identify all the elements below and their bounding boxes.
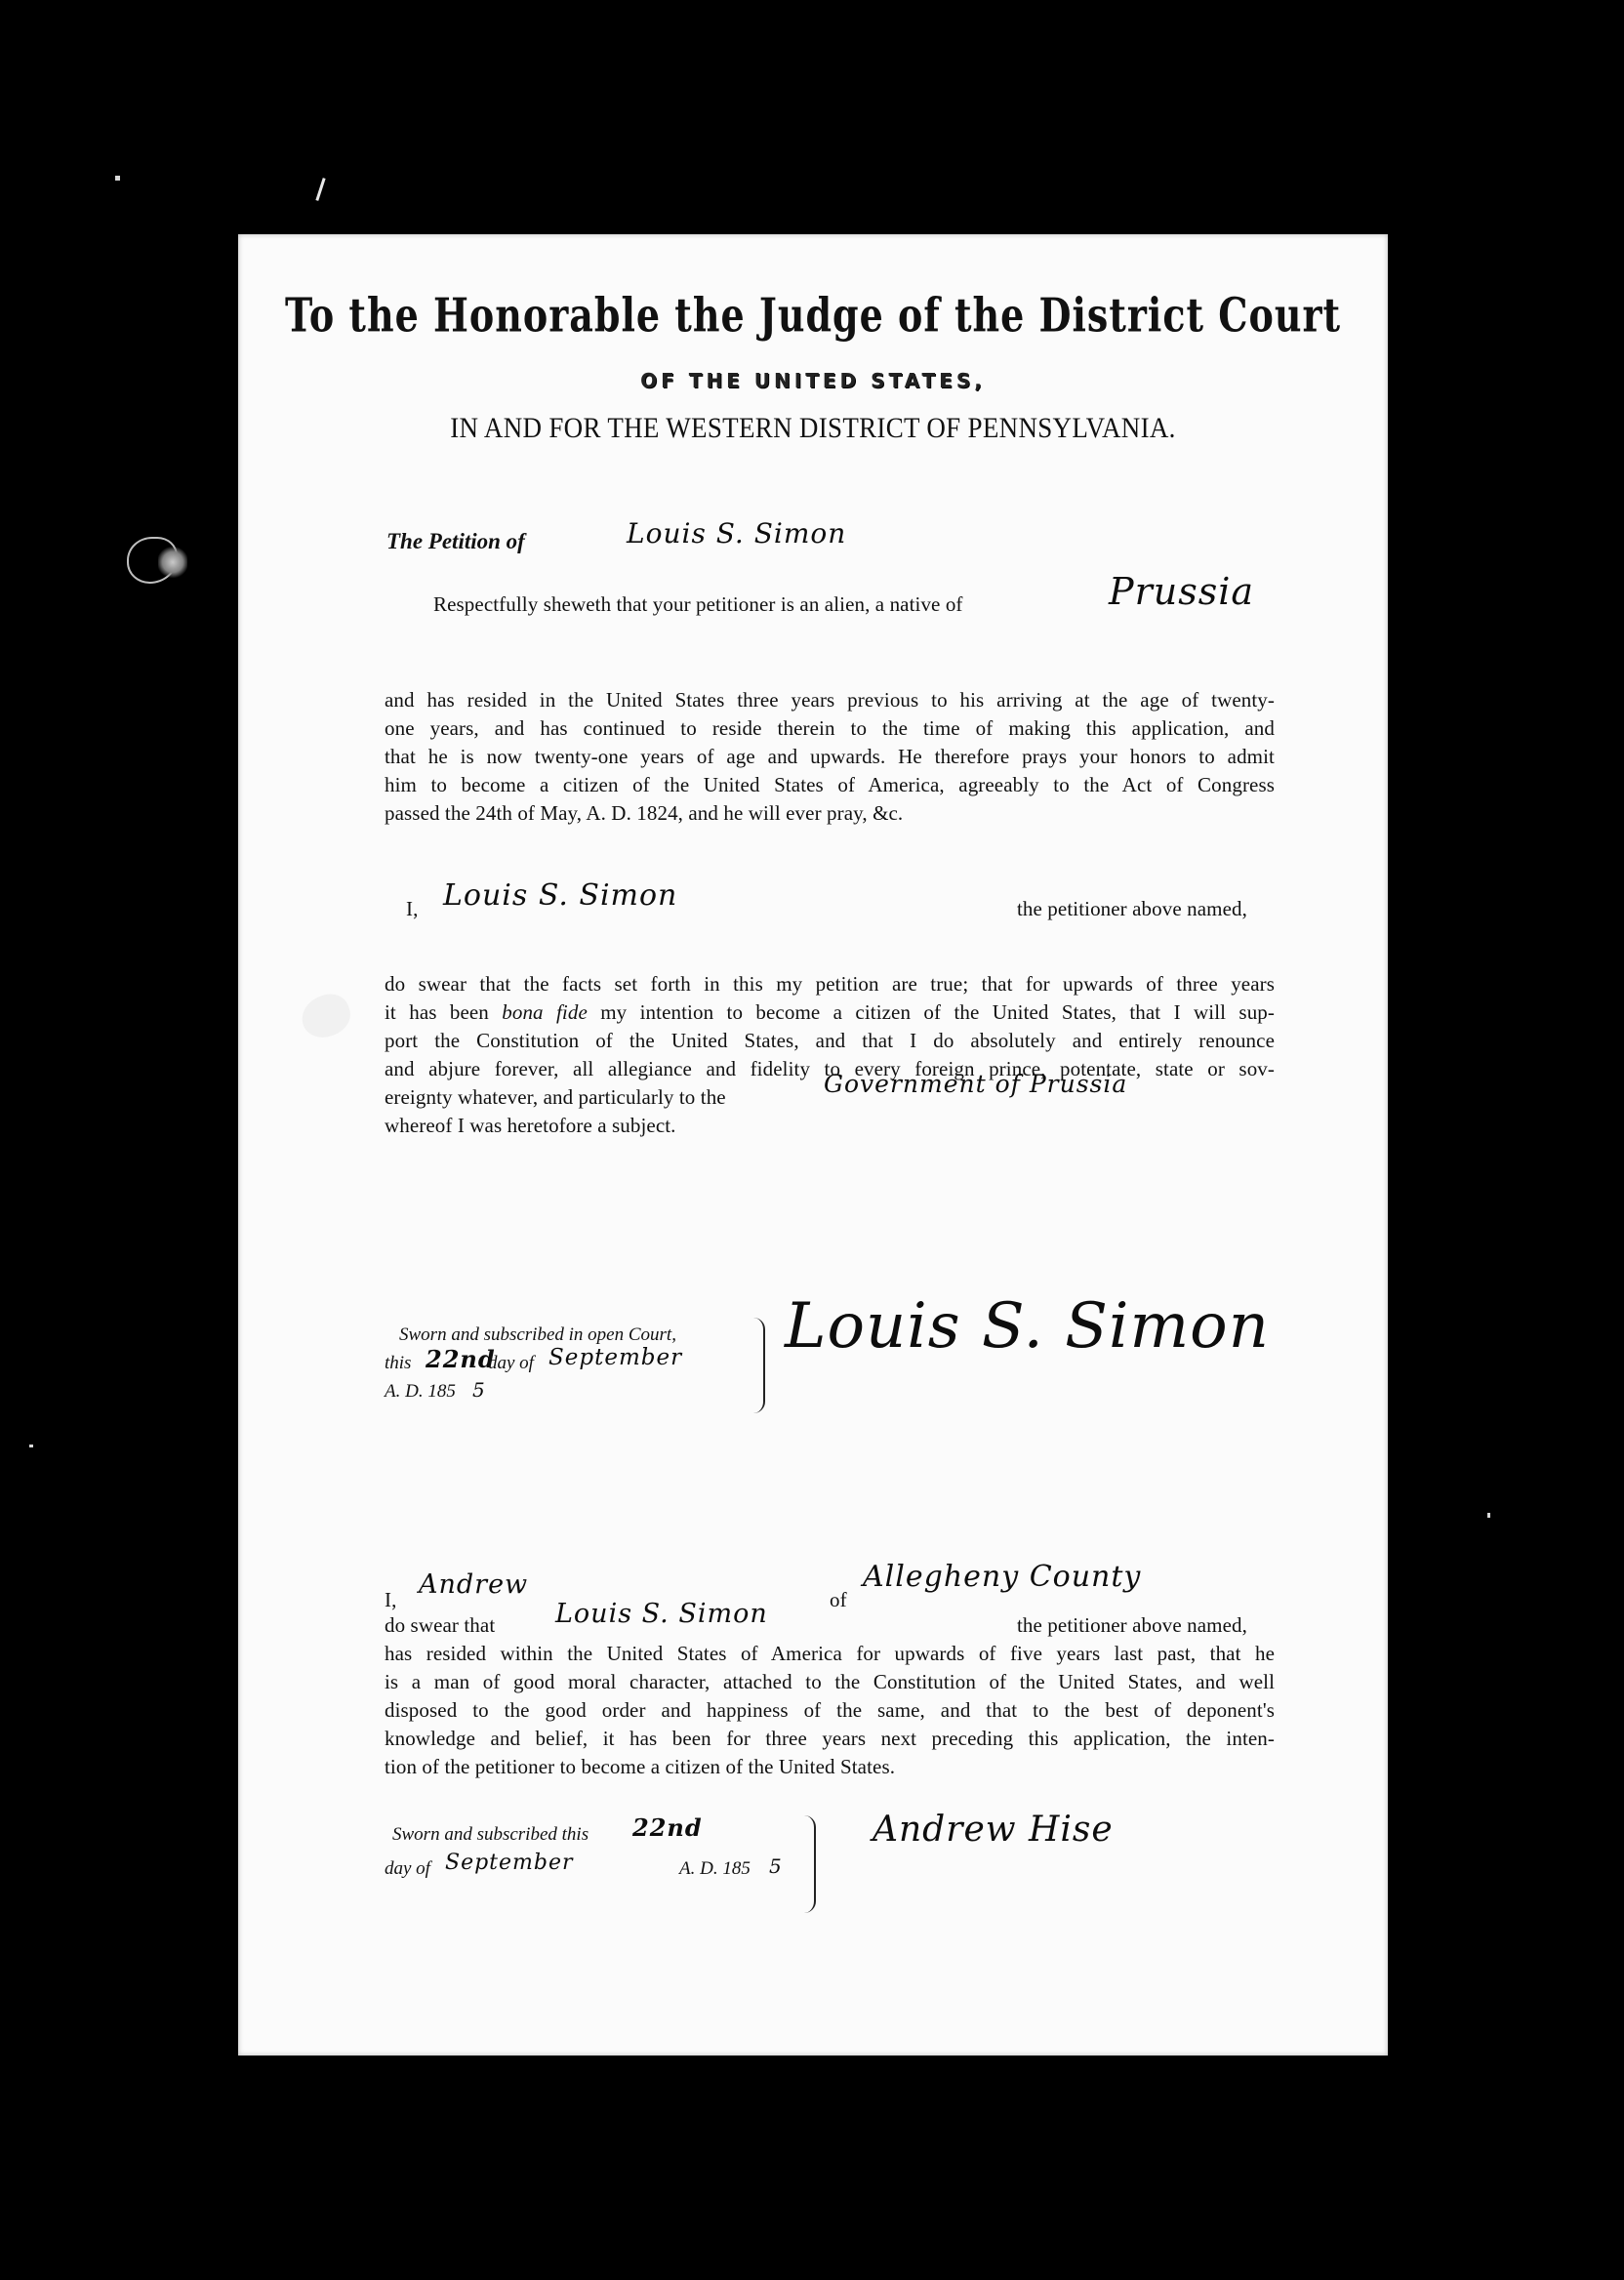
petitioner-signature: Louis S. Simon (785, 1290, 1270, 1363)
petitioner-jurat-this: this (385, 1353, 411, 1374)
document-subtitle: OF THE UNITED STATES, (238, 369, 1388, 392)
witness-county-handwritten: Allegheny County (863, 1560, 1141, 1594)
oath-suffix: the petitioner above named, (1017, 897, 1247, 921)
witness-paragraph-line: is a man of good moral character, attach… (385, 1670, 1275, 1694)
witness-paragraph-line: knowledge and belief, it has been for th… (385, 1727, 1275, 1751)
petition-paragraph-line: him to become a citizen of the United St… (385, 773, 1275, 797)
witness-signature: Andrew Hise (873, 1810, 1114, 1850)
petition-paragraph-line: passed the 24th of May, A. D. 1824, and … (385, 801, 903, 826)
witness-paragraph-line: tion of the petitioner to become a citiz… (385, 1755, 895, 1779)
witness-paragraph-line: disposed to the good order and happiness… (385, 1698, 1275, 1723)
scan-artifact-mark (315, 178, 325, 201)
witness-paragraph-line: has resided within the United States of … (385, 1642, 1275, 1666)
petition-label: The Petition of (386, 529, 525, 554)
oath-particularly-text: ereignty whatever, and particularly to t… (385, 1085, 726, 1110)
oath-paragraph-line: it has been bona fide my intention to be… (385, 1000, 1275, 1025)
witness-prefix: I, (385, 1588, 396, 1612)
native-country-handwritten: Prussia (1109, 570, 1254, 613)
petitioner-jurat-day-handwritten: 22nd (426, 1345, 496, 1373)
petitioner-name-handwritten: Louis S. Simon (627, 517, 846, 550)
witness-swear-label: do swear that (385, 1613, 495, 1638)
oath-text-part: my intention to become a citizen of the … (588, 1000, 1275, 1024)
scan-speck (29, 1445, 33, 1447)
oath-bona-fide: bona fide (502, 1000, 588, 1024)
oath-paragraph-line: port the Constitution of the United Stat… (385, 1029, 1275, 1053)
renounced-government-handwritten: Government of Prussia (824, 1070, 1127, 1098)
oath-text-part: it has been (385, 1000, 502, 1024)
petitioner-jurat-year-handwritten: 5 (472, 1378, 486, 1402)
petition-document: To the Honorable the Judge of the Distri… (238, 234, 1388, 2056)
document-district: IN AND FOR THE WESTERN DISTRICT OF PENNS… (238, 411, 1388, 444)
oath-paragraph-line: do swear that the facts set forth in thi… (385, 972, 1275, 997)
witness-of-label: of (830, 1588, 847, 1612)
oath-petitioner-name-handwritten: Louis S. Simon (443, 878, 677, 913)
paper-watermark (296, 989, 355, 1044)
petitioner-jurat-brace (753, 1318, 765, 1413)
witness-jurat-line1: Sworn and subscribed this (392, 1824, 589, 1846)
witness-jurat-month-handwritten: September (445, 1851, 574, 1875)
petition-paragraph-line: and has resided in the United States thr… (385, 688, 1275, 712)
sheweth-text: Respectfully sheweth that your petitione… (433, 592, 963, 617)
scan-speck (1487, 1513, 1490, 1518)
petitioner-jurat-line1: Sworn and subscribed in open Court, (399, 1324, 676, 1346)
scan-speck (115, 176, 120, 181)
witness-jurat-year-handwritten: 5 (769, 1854, 783, 1878)
petitioner-jurat-day-label: day of (488, 1353, 534, 1374)
witness-petitioner-name-handwritten: Louis S. Simon (555, 1599, 768, 1629)
witness-jurat-brace (804, 1815, 816, 1913)
witness-suffix: the petitioner above named, (1017, 1613, 1247, 1638)
petitioner-jurat-ad-label: A. D. 185 (385, 1381, 456, 1403)
document-title: To the Honorable the Judge of the Distri… (238, 287, 1388, 342)
witness-jurat-day-handwritten: 22nd (632, 1813, 703, 1842)
petitioner-jurat-month-handwritten: September (548, 1345, 682, 1370)
witness-jurat-day-label: day of (385, 1858, 430, 1880)
petition-paragraph-line: one years, and has continued to reside t… (385, 716, 1275, 741)
oath-prefix: I, (406, 897, 418, 921)
oath-whereof-text: whereof I was heretofore a subject. (385, 1114, 676, 1138)
petition-paragraph-line: that he is now twenty-one years of age a… (385, 745, 1275, 769)
witness-jurat-ad-label: A. D. 185 (679, 1858, 751, 1880)
scan-dust-artifact (127, 537, 178, 584)
witness-name-handwritten: Andrew (419, 1569, 528, 1600)
